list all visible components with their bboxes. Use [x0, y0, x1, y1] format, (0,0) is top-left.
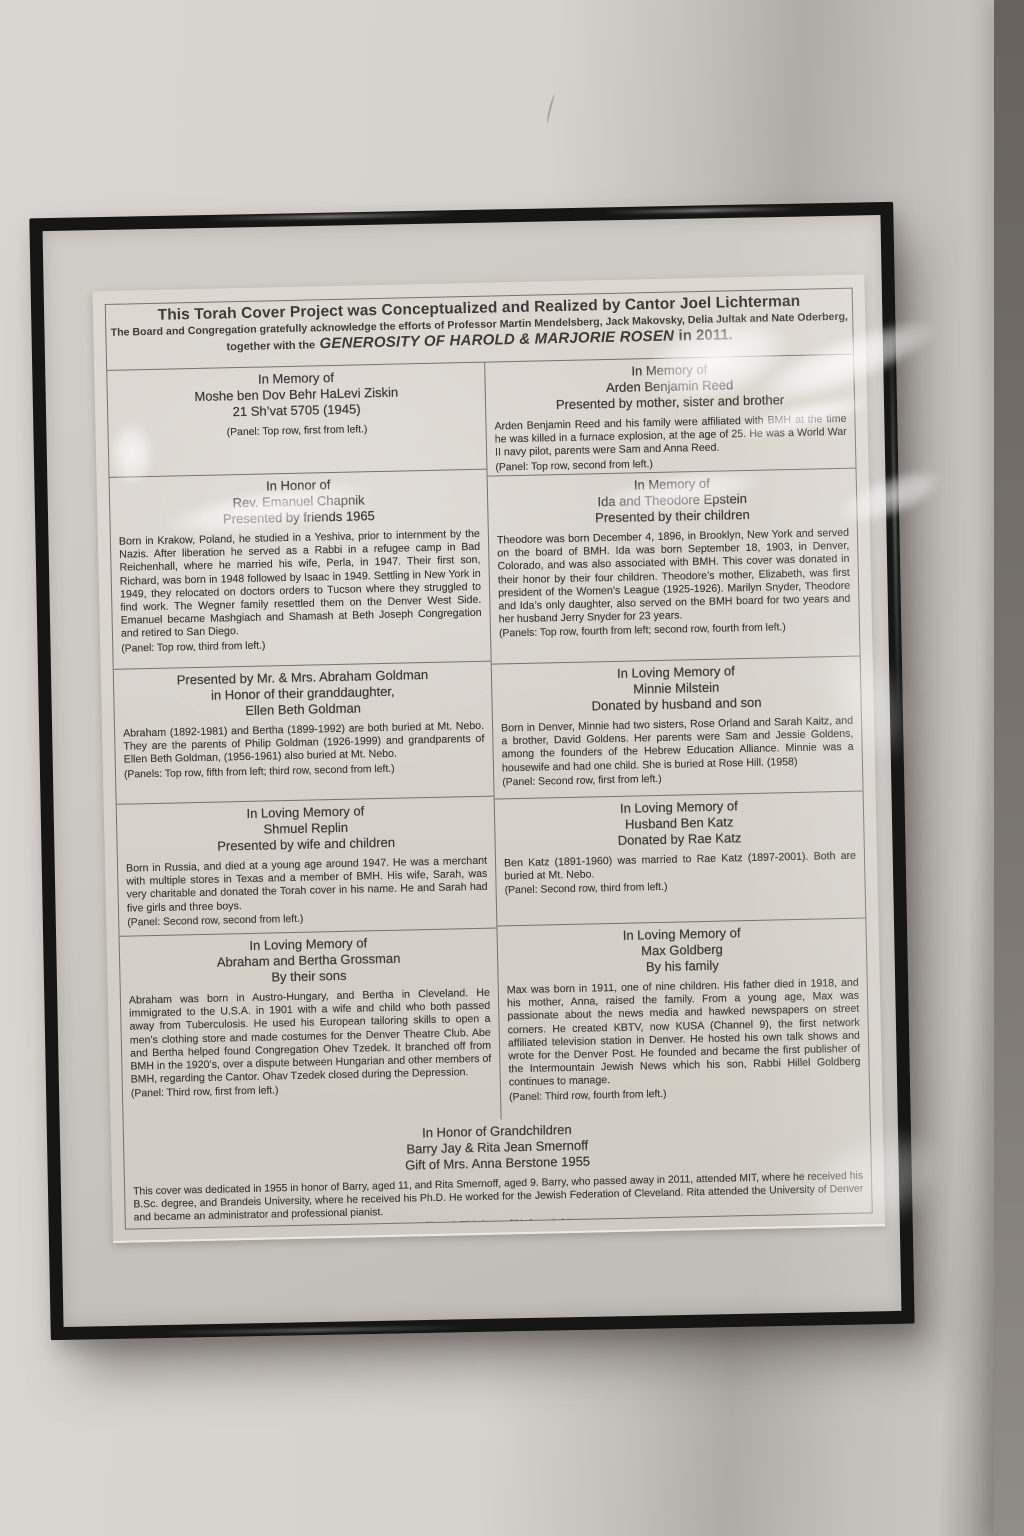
memorial-panel: In Loving Memory ofMax GoldbergBy his fa… — [497, 918, 869, 1119]
panel-title-lines: In Memory ofMoshe ben Dov Behr HaLevi Zi… — [115, 367, 477, 423]
dedication-prefix: together with the — [226, 339, 315, 353]
panel-body: Abraham (1892-1981) and Bertha (1899-199… — [123, 720, 485, 767]
panel-title-lines: In Loving Memory ofMax GoldbergBy his fa… — [506, 923, 859, 979]
memorial-panel: In Loving Memory ofHusband Ben KatzDonat… — [495, 792, 866, 927]
panel-location-note: (Panel: Top row, first from left.) — [116, 421, 477, 442]
memorial-panel: Presented by Mr. & Mrs. Abraham Goldmani… — [114, 662, 494, 805]
wall-scratch-mark — [545, 94, 557, 124]
picture-frame: This Torah Cover Project was Conceptuali… — [29, 202, 914, 1340]
wall-shadow-edge — [994, 0, 1024, 1536]
panel-title-lines: In Memory ofArden Benjamin ReedPresented… — [493, 359, 846, 415]
memorial-panel: In Memory ofArden Benjamin ReedPresented… — [485, 355, 855, 477]
dedication-year: in 2011. — [678, 326, 733, 344]
memorial-panel: In Memory ofIda and Theodore EpsteinPres… — [488, 469, 860, 665]
panel-title-lines: In Memory ofIda and Theodore EpsteinPres… — [496, 473, 849, 529]
photo-of-framed-document: { "colors": { "frame": "#151514", "wall"… — [0, 0, 1024, 1536]
frame-gloss-highlight — [889, 305, 900, 735]
memorial-panel: In Loving Memory ofShmuel ReplinPresente… — [117, 797, 497, 937]
panel-columns: In Memory ofMoshe ben Dov Behr HaLevi Zi… — [107, 355, 869, 1128]
frame-gloss-highlight — [602, 207, 802, 215]
panel-body: Born in Denver, Minnie had two sisters, … — [501, 715, 854, 775]
panel-body: Theodore was born December 4, 1896, in B… — [497, 527, 851, 627]
panel-body: Arden Benjamin Reed and his family were … — [494, 413, 847, 460]
document-table: This Torah Cover Project was Conceptuali… — [105, 288, 873, 1230]
torah-cover-project-document: This Torah Cover Project was Conceptuali… — [92, 274, 885, 1243]
panel-title-lines: Presented by Mr. & Mrs. Abraham Goldmani… — [122, 666, 484, 722]
panel-title-lines: In Loving Memory ofShmuel ReplinPresente… — [125, 801, 487, 857]
right-panel-column: In Memory ofArden Benjamin ReedPresented… — [485, 355, 869, 1120]
footer-panel-container: In Honor of GrandchildrenBarry Jay & Rit… — [124, 1111, 872, 1228]
frame-gloss-highlight — [202, 212, 452, 221]
panel-body: Born in Krakow, Poland, he studied in a … — [119, 528, 482, 641]
panel-body: Abraham was born in Austro-Hungary, and … — [129, 987, 492, 1087]
frame-gloss-highlight — [154, 1325, 474, 1335]
panel-title-lines: In Loving Memory ofHusband Ben KatzDonat… — [503, 796, 856, 852]
panel-body: Born in Russia, and died at a young age … — [126, 855, 488, 916]
panel-title-lines: In Loving Memory ofAbraham and Bertha Gr… — [128, 933, 490, 989]
memorial-panel: In Honor of GrandchildrenBarry Jay & Rit… — [124, 1111, 872, 1228]
memorial-panel: In Memory ofMoshe ben Dov Behr HaLevi Zi… — [107, 363, 486, 478]
panel-body: Max was born in 1911, one of nine childr… — [507, 977, 861, 1090]
left-panel-column: In Memory ofMoshe ben Dov Behr HaLevi Zi… — [107, 363, 501, 1128]
memorial-panel: In Loving Memory ofMinnie MilsteinDonate… — [492, 657, 863, 800]
panel-title-lines: In Honor of GrandchildrenBarry Jay & Rit… — [132, 1116, 863, 1180]
memorial-panel: In Loving Memory ofAbraham and Bertha Gr… — [120, 929, 501, 1128]
panel-body: This cover was dedicated in 1955 in hono… — [133, 1170, 864, 1226]
memorial-panel: In Honor ofRev. Emanuel ChapnikPresented… — [110, 470, 491, 670]
panel-title-lines: In Loving Memory ofMinnie MilsteinDonate… — [500, 661, 853, 717]
panel-title-lines: In Honor ofRev. Emanuel ChapnikPresented… — [118, 474, 480, 530]
